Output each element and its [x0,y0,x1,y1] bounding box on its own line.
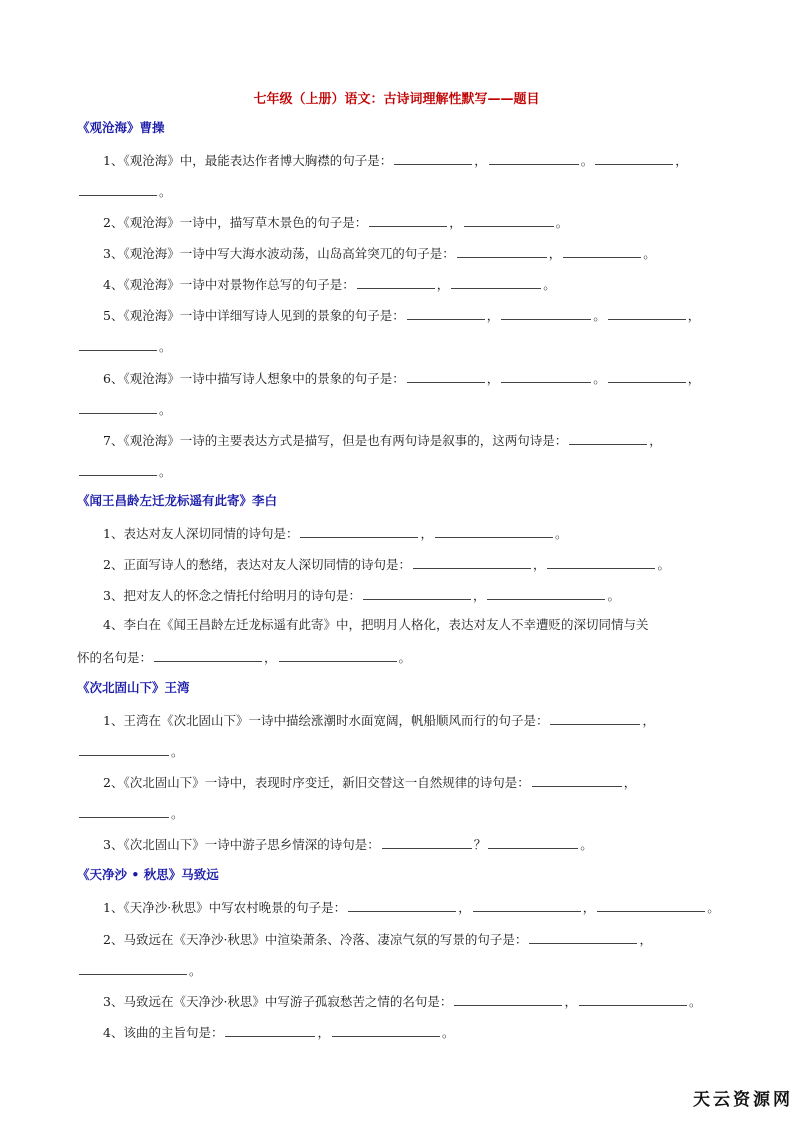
comma: ， [264,650,277,665]
question-4-4: 4、该曲的主旨句是：，。 [103,1023,743,1041]
question-text: 4、李白在《闻王昌龄左迁龙标遥有此寄》中，把明月人格化，表达对友人不幸遭贬的深切… [103,617,648,632]
answer-blank[interactable] [569,431,647,445]
question-2-2: 2、正面写诗人的愁绪，表达对友人深切同情的诗句是：，。 [103,555,743,573]
answer-blank[interactable] [382,835,472,849]
question-text: 5、《观沧海》一诗中详细写诗人见到的景象的句子是： [103,308,405,323]
answer-blank[interactable] [550,711,640,725]
period: 。 [159,339,172,354]
answer-blank[interactable] [369,213,447,227]
question-1-3: 3、《观沧海》一诗中写大海水波动荡，山岛高耸突兀的句子是：，。 [103,244,743,262]
answer-blank[interactable] [279,648,397,662]
question-1-2: 2、《观沧海》一诗中，描写草木景色的句子是：，。 [103,213,743,231]
comma: ， [487,371,500,386]
question-1-7-continuation: 。 [77,462,717,480]
answer-blank[interactable] [348,898,456,912]
question-text: 1、王湾在《次北固山下》一诗中描绘涨潮时水面宽阔，帆船顺风而行的句子是： [103,713,548,728]
comma: ， [639,932,652,947]
answer-blank[interactable] [407,369,485,383]
answer-blank[interactable] [79,337,157,351]
answer-blank[interactable] [532,773,622,787]
answer-blank[interactable] [79,961,187,975]
comma: ， [624,775,637,790]
answer-blank[interactable] [547,555,655,569]
question-1-4: 4、《观沧海》一诗中对景物作总写的句子是：，。 [103,275,743,293]
question-text: 2、正面写诗人的愁绪，表达对友人深切同情的诗句是： [103,557,411,572]
answer-blank[interactable] [487,586,605,600]
answer-blank[interactable] [489,151,579,165]
answer-blank[interactable] [597,898,705,912]
question-text: 6、《观沧海》一诗中描写诗人想象中的景象的句子是： [103,371,405,386]
period: 。 [657,557,670,572]
comma: ， [688,308,701,323]
answer-blank[interactable] [394,151,472,165]
question-1-6-continuation: 。 [77,400,717,418]
answer-blank[interactable] [363,586,471,600]
section-heading-tianjingsha: 《天净沙 • 秋思》马致远 [77,867,219,883]
question-1-5: 5、《观沧海》一诗中详细写诗人见到的景象的句子是：，。， [103,306,743,324]
period: 。 [593,371,606,386]
question-text-continuation: 怀的名句是： [77,650,152,665]
period: 。 [643,246,656,261]
question-text: 4、《观沧海》一诗中对景物作总写的句子是： [103,277,355,292]
comma: ， [487,308,500,323]
question-1-6: 6、《观沧海》一诗中描写诗人想象中的景象的句子是：，。， [103,369,743,387]
comma: ， [675,153,688,168]
answer-blank[interactable] [332,1023,440,1037]
answer-blank[interactable] [79,462,157,476]
period: 。 [581,153,594,168]
answer-blank[interactable] [457,244,547,258]
answer-blank[interactable] [563,244,641,258]
answer-blank[interactable] [79,182,157,196]
question-3-2-continuation: 。 [77,804,717,822]
answer-blank[interactable] [435,524,553,538]
question-4-2-continuation: 。 [77,961,717,979]
comma: ， [642,713,655,728]
comma: ， [473,588,486,603]
question-text: 3、马致远在《天净沙·秋思》中写游子孤寂愁苦之情的名句是： [103,994,452,1009]
answer-blank[interactable] [464,213,554,227]
question-4-1: 1、《天净沙·秋思》中写农村晚景的句子是：，，。 [103,898,743,916]
section-heading-wenwangchangling: 《闻王昌龄左迁龙标遥有此寄》李白 [77,493,277,509]
period: 。 [689,994,702,1009]
question-text: 1、表达对友人深切同情的诗句是： [103,526,298,541]
question-text: 4、该曲的主旨句是： [103,1025,223,1040]
comma: ， [317,1025,330,1040]
answer-blank[interactable] [595,151,673,165]
section-heading-cibeigushanxia: 《次北固山下》王湾 [77,680,190,696]
answer-blank[interactable] [454,992,562,1006]
period: 。 [159,464,172,479]
watermark-logo: 天云资源网 [693,1085,793,1110]
answer-blank[interactable] [357,275,435,289]
period: 。 [543,277,556,292]
answer-blank[interactable] [608,306,686,320]
question-3-3: 3、《次北固山下》一诗中游子思乡情深的诗句是：？。 [103,835,743,853]
answer-blank[interactable] [473,898,581,912]
question-3-2: 2、《次北固山下》一诗中，表现时序变迁，新旧交替这一自然规律的诗句是：， [103,773,743,791]
question-3-1: 1、王湾在《次北固山下》一诗中描绘涨潮时水面宽阔，帆船顺风而行的句子是：， [103,711,743,729]
period: 。 [707,900,720,915]
period: 。 [442,1025,455,1040]
question-text: 1、《观沧海》中，最能表达作者博大胸襟的句子是： [103,153,392,168]
page-title: 七年级（上册）语文：古诗词理解性默写——题目 [0,88,793,107]
question-text: 2、《观沧海》一诗中，描写草木景色的句子是： [103,215,367,230]
question-4-2: 2、马致远在《天净沙·秋思》中渲染萧条、冷落、凄凉气氛的写景的句子是：， [103,930,743,948]
answer-blank[interactable] [79,400,157,414]
question-1-7: 7、《观沧海》一诗的主要表达方式是描写，但是也有两句诗是叙事的，这两句诗是：， [103,431,743,449]
comma: ， [458,900,471,915]
answer-blank[interactable] [451,275,541,289]
answer-blank[interactable] [154,648,262,662]
answer-blank[interactable] [300,524,418,538]
period: 。 [593,308,606,323]
answer-blank[interactable] [608,369,686,383]
answer-blank[interactable] [501,369,591,383]
period: 。 [189,963,202,978]
question-text: 2、《次北固山下》一诗中，表现时序变迁，新旧交替这一自然规律的诗句是： [103,775,530,790]
section-heading-guancanghai: 《观沧海》曹操 [77,120,165,136]
question-2-3: 3、把对友人的怀念之情托付给明月的诗句是：，。 [103,586,743,604]
question-text: 3、把对友人的怀念之情托付给明月的诗句是： [103,588,361,603]
question-mark: ？ [474,837,487,852]
comma: ， [549,246,562,261]
answer-blank[interactable] [79,742,169,756]
comma: ， [437,277,450,292]
period: 。 [159,184,172,199]
question-1-1: 1、《观沧海》中，最能表达作者博大胸襟的句子是：，。， [103,151,743,169]
question-text: 3、《观沧海》一诗中写大海水波动荡，山岛高耸突兀的句子是： [103,246,455,261]
period: 。 [399,650,412,665]
document-page: 七年级（上册）语文：古诗词理解性默写——题目 《观沧海》曹操 1、《观沧海》中，… [0,0,793,1122]
question-1-1-continuation: 。 [77,182,717,200]
period: 。 [556,215,569,230]
period: 。 [159,402,172,417]
question-2-4-continuation: 怀的名句是：，。 [77,648,717,666]
period: 。 [607,588,620,603]
answer-blank[interactable] [501,306,591,320]
question-text: 1、《天净沙·秋思》中写农村晚景的句子是： [103,900,346,915]
question-text: 3、《次北固山下》一诗中游子思乡情深的诗句是： [103,837,380,852]
period: 。 [555,526,568,541]
answer-blank[interactable] [79,804,169,818]
comma: ， [533,557,546,572]
question-text: 2、马致远在《天净沙·秋思》中渲染萧条、冷落、凄凉气氛的写景的句子是： [103,932,527,947]
answer-blank[interactable] [225,1023,315,1037]
question-3-1-continuation: 。 [77,742,717,760]
question-2-1: 1、表达对友人深切同情的诗句是：，。 [103,524,743,542]
answer-blank[interactable] [488,835,578,849]
period: 。 [580,837,593,852]
comma: ， [564,994,577,1009]
question-1-5-continuation: 。 [77,337,717,355]
question-4-3: 3、马致远在《天净沙·秋思》中写游子孤寂愁苦之情的名句是：，。 [103,992,743,1010]
question-text: 7、《观沧海》一诗的主要表达方式是描写，但是也有两句诗是叙事的，这两句诗是： [103,433,567,448]
comma: ， [474,153,487,168]
comma: ， [688,371,701,386]
answer-blank[interactable] [579,992,687,1006]
comma: ， [449,215,462,230]
comma: ， [420,526,433,541]
answer-blank[interactable] [529,930,637,944]
comma: ， [649,433,662,448]
answer-blank[interactable] [413,555,531,569]
period: 。 [171,806,184,821]
question-2-4: 4、李白在《闻王昌龄左迁龙标遥有此寄》中，把明月人格化，表达对友人不幸遭贬的深切… [103,617,743,633]
comma: ， [583,900,596,915]
answer-blank[interactable] [407,306,485,320]
period: 。 [171,744,184,759]
